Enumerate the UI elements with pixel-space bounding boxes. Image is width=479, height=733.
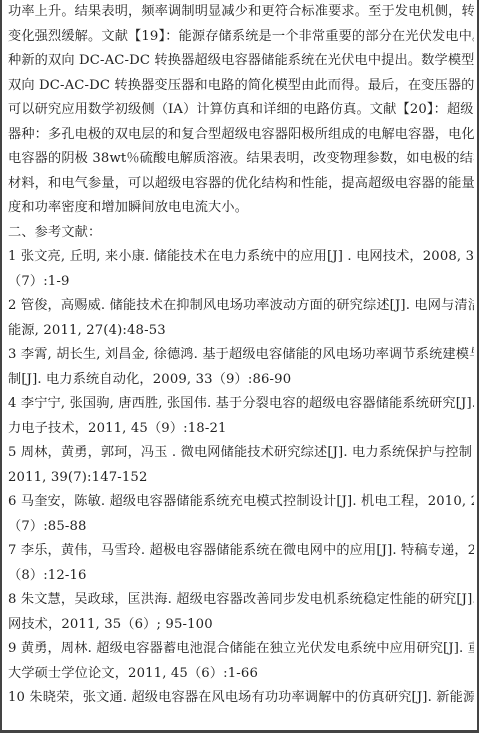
document-page: 功率上升。结果表明，频率调制明显减少和更符合标准要求。至于发电机侧，转矩 变化强… <box>0 0 479 733</box>
reference-line: 力电子技术，2011, 45（9）:18-21 <box>8 417 474 442</box>
reference-line: （7）:85-88 <box>8 515 474 540</box>
reference-line: 2011, 39(7):147-152 <box>8 466 474 491</box>
paragraph-line: 材料，和电气参量，可以超级电容器的优化结构和性能，提高超级电容器的能量密 <box>8 172 474 197</box>
reference-line: 4 李宁宁, 张国驹, 唐西胜, 张国伟. 基于分裂电容的超级电容器储能系统研究… <box>8 392 474 417</box>
document-content: 功率上升。结果表明，频率调制明显减少和更符合标准要求。至于发电机侧，转矩 变化强… <box>8 0 474 711</box>
reference-line: 3 李霄, 胡长生, 刘昌金, 徐德鸿. 基于超级电容储能的风电场功率调节系统建… <box>8 343 474 368</box>
paragraph-line: 种新的双向 DC-AC-DC 转换器超级电容器储能系统在光伏电中提出。数学模型双… <box>8 49 474 74</box>
body-paragraph: 功率上升。结果表明，频率调制明显减少和更符合标准要求。至于发电机侧，转矩 变化强… <box>8 0 474 221</box>
reference-line: 网技术，2011, 35（6）; 95-100 <box>8 613 474 638</box>
reference-line: 8 朱文慧，吴政球，匡洪海. 超级电容器改善同步发电机系统稳定性能的研究[J].… <box>8 588 474 613</box>
reference-line: 1 张文亮, 丘明, 来小康. 储能技术在电力系统中的应用[J] . 电网技术，… <box>8 245 474 270</box>
paragraph-line: 双向 DC-AC-DC 转换器变压器和电路的简化模型由此而得。最后，在变压器的相… <box>8 74 474 99</box>
paragraph-line: 器种：多孔电极的双电层的和复合型超级电容器阳极所组成的电解电容器，电化学 <box>8 123 474 148</box>
paragraph-line: 电容器的阴极 38wt％硫酸电解质溶液。结果表明，改变物理参数，如电极的结构和 <box>8 147 474 172</box>
paragraph-line: 变化强烈缓解。文献【19】：能源存储系统是一个非常重要的部分在光伏发电中。一 <box>8 25 474 50</box>
reference-line: 5 周林，黄勇，郭珂，冯玉 . 微电网储能技术研究综述[J]. 电力系统保护与控… <box>8 441 474 466</box>
reference-line: 6 马奎安，陈敏. 超级电容器储能系统充电模式控制设计[J]. 机电工程，201… <box>8 490 474 515</box>
reference-list: 1 张文亮, 丘明, 来小康. 储能技术在电力系统中的应用[J] . 电网技术，… <box>8 245 474 711</box>
reference-line: 大学硕士学位论文，2011, 45（6）:1-66 <box>8 662 474 687</box>
section-heading: 二、参考文献： <box>8 221 474 246</box>
paragraph-line: 功率上升。结果表明，频率调制明显减少和更符合标准要求。至于发电机侧，转矩 <box>8 0 474 25</box>
reference-line: （7）:1-9 <box>8 270 474 295</box>
reference-line: 能源, 2011, 27(4):48-53 <box>8 319 474 344</box>
paragraph-line: 可以研究应用数学初级侧（IA）计算仿真和详细的电路仿真。文献【20】：超级电容 <box>8 98 474 123</box>
reference-line: （8）:12-16 <box>8 564 474 589</box>
reference-line: 制[J]. 电力系统自动化，2009, 33（9）:86-90 <box>8 368 474 393</box>
reference-line: 10 朱晓荣，张文通. 超级电容器在风电场有功功率调解中的仿真研究[J]. 新能… <box>8 686 474 711</box>
paragraph-line: 度和功率密度和增加瞬间放电电流大小。 <box>8 196 474 221</box>
reference-line: 7 李乐，黄伟，马雪玲. 超极电容器储能系统在微电网中的应用[J]. 特稿专递，… <box>8 539 474 564</box>
reference-line: 2 管俊，高赐威. 储能技术在抑制风电场功率波动方面的研究综述[J]. 电网与清… <box>8 294 474 319</box>
reference-line: 9 黄勇，周林. 超级电容器蓄电池混合储能在独立光伏发电系统中应用研究[J]. … <box>8 637 474 662</box>
